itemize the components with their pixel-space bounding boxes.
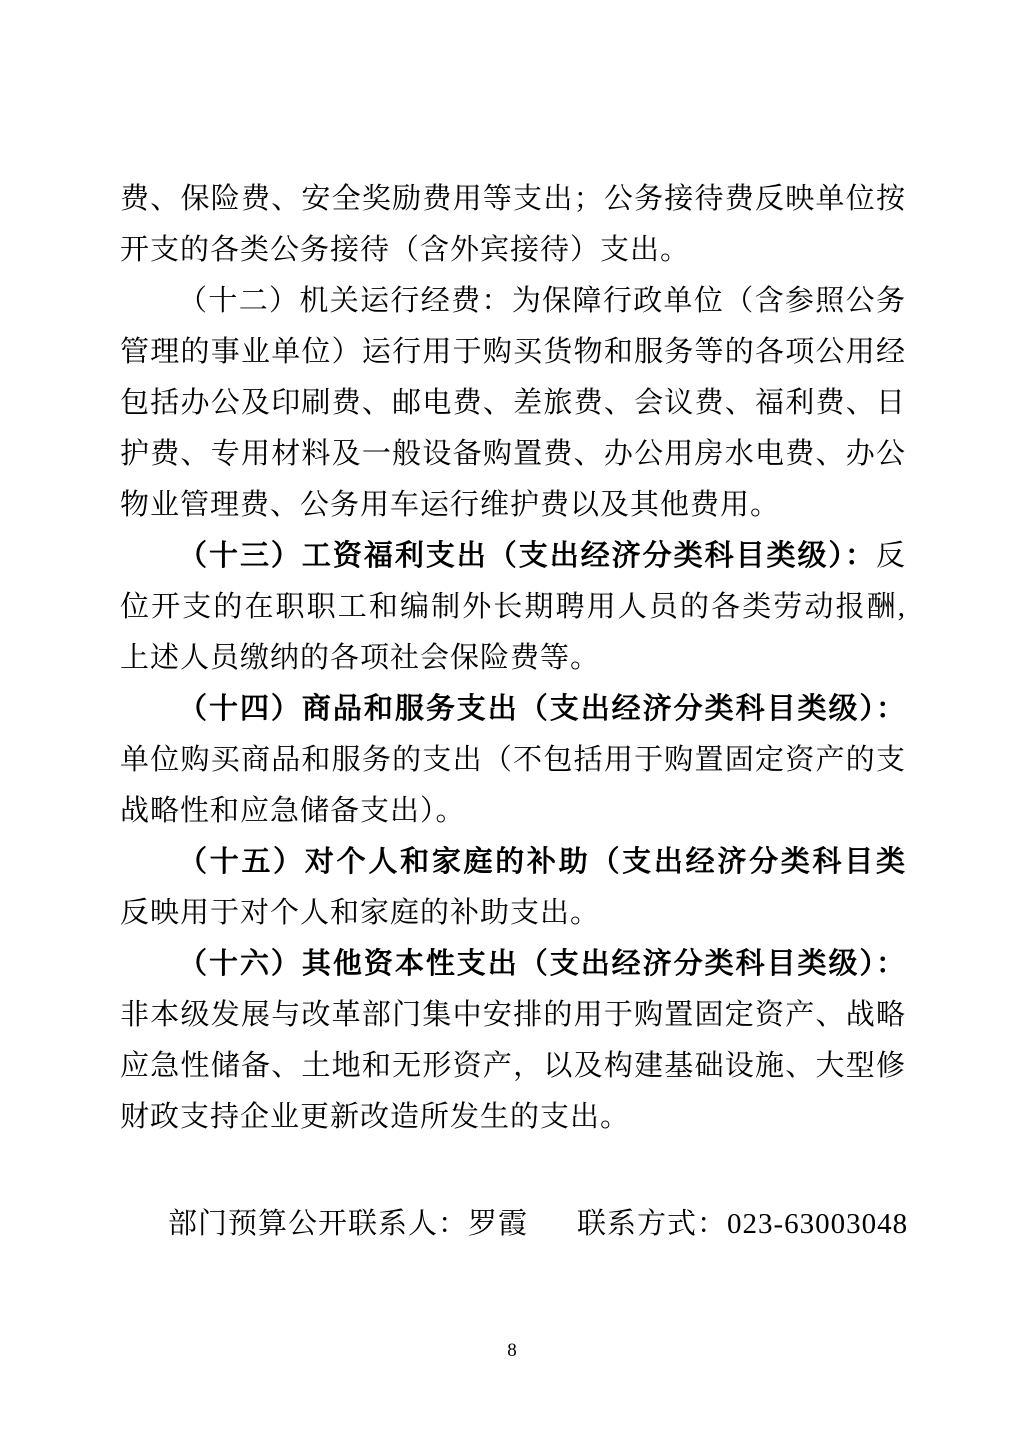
paragraph-text: 非本级发展与改革部门集中安排的用于购置固定资产、战略性和 [120,999,906,1041]
text-line: 上述人员缴纳的各项社会保险费等。 [120,633,906,684]
paragraph-text: 费、保险费、安全奖励费用等支出；公务接待费反映单位按规定 [120,183,906,225]
text-line: 护费、专用材料及一般设备购置费、办公用房水电费、办公用房 [120,429,906,480]
paragraph-text: 包括办公及印刷费、邮电费、差旅费、会议费、福利费、日常维 [120,387,906,429]
text-line: 财政支持企业更新改造所发生的支出。 [120,1092,906,1143]
text-line: 包括办公及印刷费、邮电费、差旅费、会议费、福利费、日常维 [120,378,906,429]
paragraph-heading: （十三）工资福利支出（支出经济分类科目类级）： [178,540,876,572]
paragraph-text: 财政支持企业更新改造所发生的支出。 [120,1101,630,1133]
paragraph-text: 位开支的在职职工和编制外长期聘用人员的各类劳动报酬,以及为 [120,591,906,633]
text-line: （十六）其他资本性支出（支出经济分类科目类级）：反映 [120,939,906,990]
paragraph-text: 物业管理费、公务用车运行维护费以及其他费用。 [120,489,780,521]
text-line: 反映用于对个人和家庭的补助支出。 [120,888,906,939]
paragraph-text: （十二）机关运行经费：为保障行政单位（含参照公务员法 [178,285,906,327]
paragraph-text: 反映用于对个人和家庭的补助支出。 [120,897,600,929]
contact-method: 联系方式：023-63003048 [577,1198,908,1250]
text-line: 费、保险费、安全奖励费用等支出；公务接待费反映单位按规定 [120,174,906,225]
text-line: （十四）商品和服务支出（支出经济分类科目类级）：反映 [120,684,906,735]
document-page: 费、保险费、安全奖励费用等支出；公务接待费反映单位按规定 开支的各类公务接待（含… [0,0,1024,1447]
page-number: 8 [0,1338,1024,1364]
contact-line: 部门预算公开联系人：罗霞 联系方式：023-63003048 [120,1198,906,1250]
text-line: 战略性和应急储备支出）。 [120,786,906,837]
text-line: 开支的各类公务接待（含外宾接待）支出。 [120,225,906,276]
paragraph-text: 管理的事业单位）运行用于购买货物和服务等的各项公用经费， [120,336,906,378]
paragraph-text: 战略性和应急储备支出）。 [120,795,466,827]
text-line: 物业管理费、公务用车运行维护费以及其他费用。 [120,480,906,531]
text-line: （十二）机关运行经费：为保障行政单位（含参照公务员法 [120,276,906,327]
text-line: （十三）工资福利支出（支出经济分类科目类级）：反映单 [120,531,906,582]
text-line: 位开支的在职职工和编制外长期聘用人员的各类劳动报酬,以及为 [120,582,906,633]
paragraph-text: 开支的各类公务接待（含外宾接待）支出。 [120,234,690,266]
document-body: 费、保险费、安全奖励费用等支出；公务接待费反映单位按规定 开支的各类公务接待（含… [120,174,906,1143]
text-line: 单位购买商品和服务的支出（不包括用于购置固定资产的支出、 [120,735,906,786]
contact-person: 部门预算公开联系人：罗霞 [168,1198,528,1250]
paragraph-text: 护费、专用材料及一般设备购置费、办公用房水电费、办公用房 [120,438,906,480]
text-line: 管理的事业单位）运行用于购买货物和服务等的各项公用经费， [120,327,906,378]
paragraph-heading: （十四）商品和服务支出（支出经济分类科目类级）： [178,693,906,725]
text-line: 应急性储备、土地和无形资产，以及构建基础设施、大型修缮和 [120,1041,906,1092]
paragraph-text: 上述人员缴纳的各项社会保险费等。 [120,642,600,674]
paragraph-text: 单位购买商品和服务的支出（不包括用于购置固定资产的支出、 [120,744,906,786]
paragraph-heading: （十六）其他资本性支出（支出经济分类科目类级）： [178,948,906,980]
text-line: 非本级发展与改革部门集中安排的用于购置固定资产、战略性和 [120,990,906,1041]
text-line: （十五）对个人和家庭的补助（支出经济分类科目类级）： [120,837,906,888]
paragraph-text: 应急性储备、土地和无形资产，以及构建基础设施、大型修缮和 [120,1050,906,1092]
paragraph-heading: （十五）对个人和家庭的补助（支出经济分类科目类级）： [178,846,906,888]
